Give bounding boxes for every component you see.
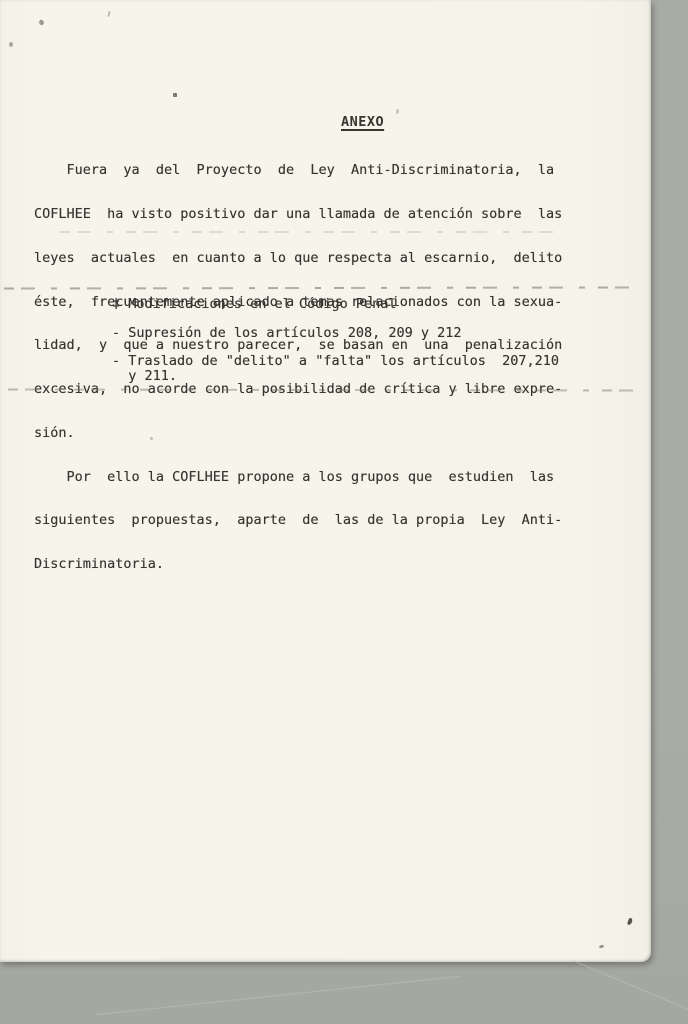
noise-speck xyxy=(627,918,633,926)
text-line: Por ello la COFLHEE propone a los grupos… xyxy=(34,470,562,485)
scan-scratch xyxy=(573,960,688,1012)
noise-speck xyxy=(396,109,400,114)
noise-speck xyxy=(150,437,153,440)
text-line: Discriminatoria. xyxy=(34,557,562,572)
text-line: Fuera ya del Proyecto de Ley Anti-Discri… xyxy=(34,163,562,178)
list-item: - Traslado de "delito" a "falta" los art… xyxy=(112,354,559,383)
text-line: COFLHEE ha visto positivo dar una llamad… xyxy=(34,207,562,222)
noise-speck xyxy=(9,42,13,47)
document-page: ANEXO Fuera ya del Proyecto de Ley Anti-… xyxy=(0,0,651,962)
text-line: siguientes propuestas, aparte de las de … xyxy=(34,513,562,528)
scanner-background: { "colors": { "page_background": "#f5f4e… xyxy=(0,0,688,1024)
text-line: sión. xyxy=(34,426,562,441)
noise-speck xyxy=(107,11,110,17)
list-item: ‡ Modificaciones en el Código Penal xyxy=(112,297,396,312)
noise-speck xyxy=(173,93,177,97)
noise-speck xyxy=(599,944,605,948)
noise-speck xyxy=(38,19,45,26)
document-title: ANEXO xyxy=(341,114,384,130)
text-line: leyes actuales en cuanto a lo que respec… xyxy=(34,251,562,266)
separator-line-faint xyxy=(60,231,560,233)
list-item: - Supresión de los artículos 208, 209 y … xyxy=(112,326,462,341)
scan-scratch xyxy=(96,976,459,1015)
